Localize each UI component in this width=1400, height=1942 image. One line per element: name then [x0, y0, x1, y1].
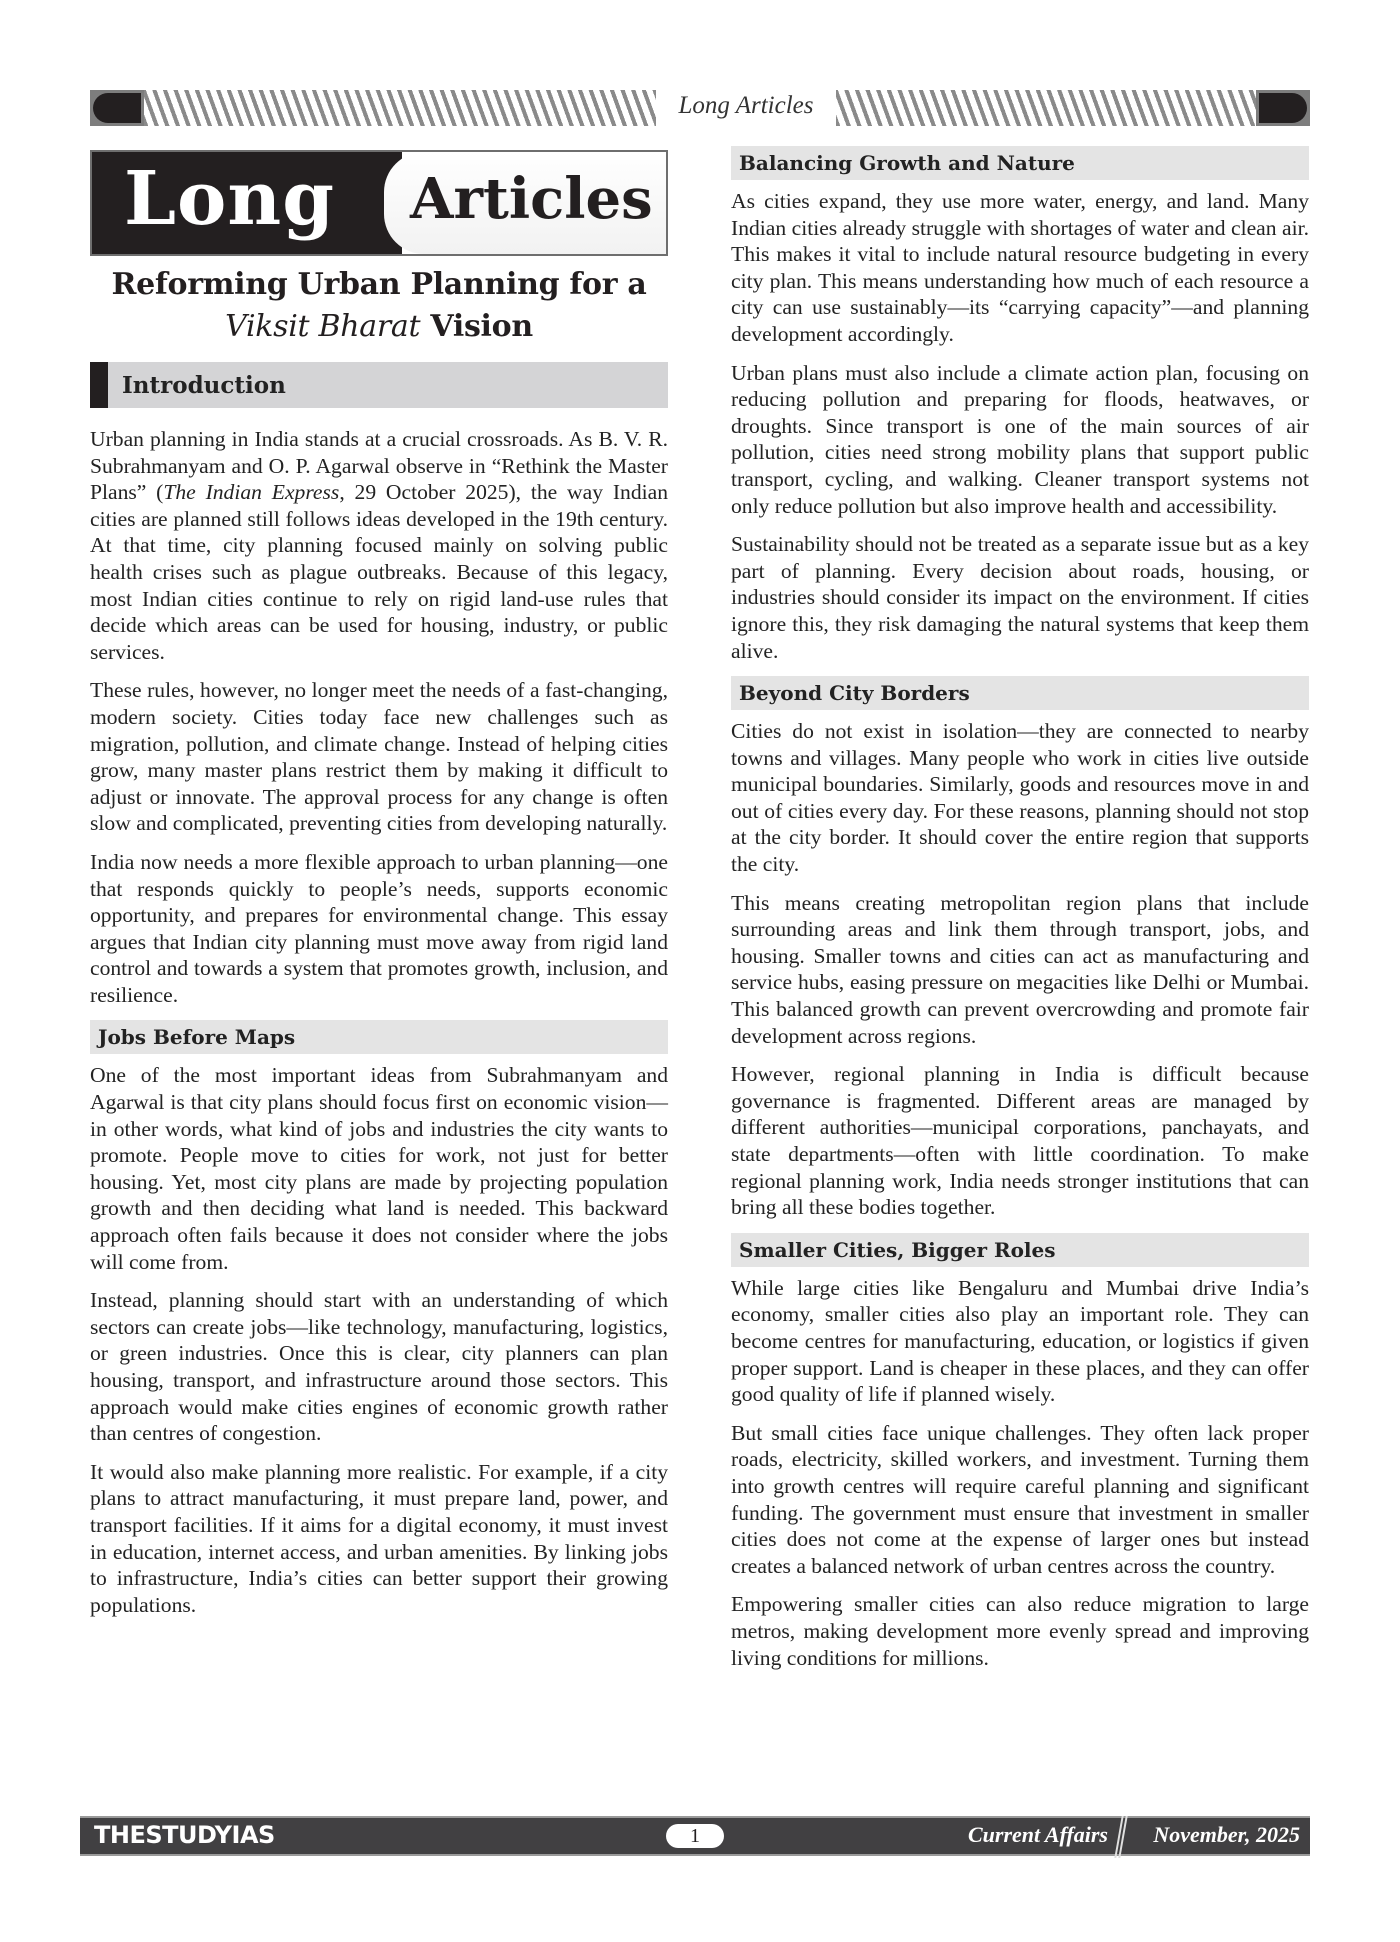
paragraph: Empowering smaller cities can also reduc…: [731, 1591, 1309, 1671]
header-cap-right-shape: [1259, 93, 1307, 123]
footer-brand: THESTUDYIAS: [94, 1821, 275, 1849]
article-title-line2-rest: Vision: [420, 309, 533, 344]
masthead: Long Articles: [90, 150, 668, 256]
section-heading-label: Balancing Growth and Nature: [739, 151, 1075, 175]
header-stripes-right: [836, 90, 1256, 126]
section-heading-accent-bar: [90, 362, 108, 408]
footer-magazine-name: Current Affairs: [968, 1822, 1108, 1848]
footer-issue-date: November, 2025: [1153, 1822, 1300, 1848]
page-footer: THESTUDYIAS 1 Current Affairs November, …: [80, 1816, 1310, 1856]
right-column: Balancing Growth and Nature As cities ex…: [731, 146, 1309, 1683]
paragraph: However, regional planning in India is d…: [731, 1061, 1309, 1221]
paragraph: Instead, planning should start with an u…: [90, 1287, 668, 1447]
section-heading-label: Beyond City Borders: [739, 681, 970, 705]
masthead-word-long: Long: [124, 156, 335, 242]
paragraph: It would also make planning more realist…: [90, 1459, 668, 1619]
article-title-line1: Reforming Urban Planning for a: [90, 264, 668, 306]
section-heading-introduction: Introduction: [90, 362, 668, 408]
header-stripes-left: [144, 90, 656, 126]
masthead-word-articles: Articles: [410, 166, 653, 232]
header-cap-left: [90, 90, 144, 126]
paragraph: These rules, however, no longer meet the…: [90, 677, 668, 837]
article-title-line2: Viksit Bharat Vision: [90, 306, 668, 348]
paragraph: Urban planning in India stands at a cruc…: [90, 426, 668, 665]
paragraph: As cities expand, they use more water, e…: [731, 188, 1309, 348]
section-heading-smaller-cities: Smaller Cities, Bigger Roles: [731, 1233, 1309, 1267]
paragraph: Cities do not exist in isolation—they ar…: [731, 718, 1309, 878]
section-heading-label: Introduction: [122, 372, 286, 399]
section-heading-label: Jobs Before Maps: [98, 1025, 295, 1049]
left-column: Long Articles Reforming Urban Planning f…: [90, 150, 668, 1630]
header-cap-left-shape: [93, 93, 141, 123]
paragraph: Urban plans must also include a climate …: [731, 360, 1309, 520]
paragraph: One of the most important ideas from Sub…: [90, 1062, 668, 1275]
publication-name: The Indian Express: [163, 480, 339, 504]
paragraph: This means creating metropolitan region …: [731, 890, 1309, 1050]
paragraph: While large cities like Bengaluru and Mu…: [731, 1275, 1309, 1408]
paragraph: But small cities face unique challenges.…: [731, 1420, 1309, 1580]
running-header-label: Long Articles: [656, 92, 836, 120]
section-heading-jobs-before-maps: Jobs Before Maps: [90, 1020, 668, 1054]
paragraph: Sustainability should not be treated as …: [731, 531, 1309, 664]
section-heading-beyond-city-borders: Beyond City Borders: [731, 676, 1309, 710]
section-heading-balancing-growth: Balancing Growth and Nature: [731, 146, 1309, 180]
article-title-italic: Viksit Bharat: [225, 309, 420, 344]
article-title: Reforming Urban Planning for a Viksit Bh…: [90, 264, 668, 348]
paragraph: India now needs a more flexible approach…: [90, 849, 668, 1009]
header-cap-right: [1256, 90, 1310, 126]
page-number-badge: 1: [666, 1824, 724, 1848]
section-heading-label: Smaller Cities, Bigger Roles: [739, 1238, 1055, 1262]
running-header: Long Articles: [90, 90, 1310, 126]
footer-double-slash-divider: [1116, 1818, 1126, 1854]
paragraph-text: , 29 October 2025), the way Indian citie…: [90, 480, 668, 664]
